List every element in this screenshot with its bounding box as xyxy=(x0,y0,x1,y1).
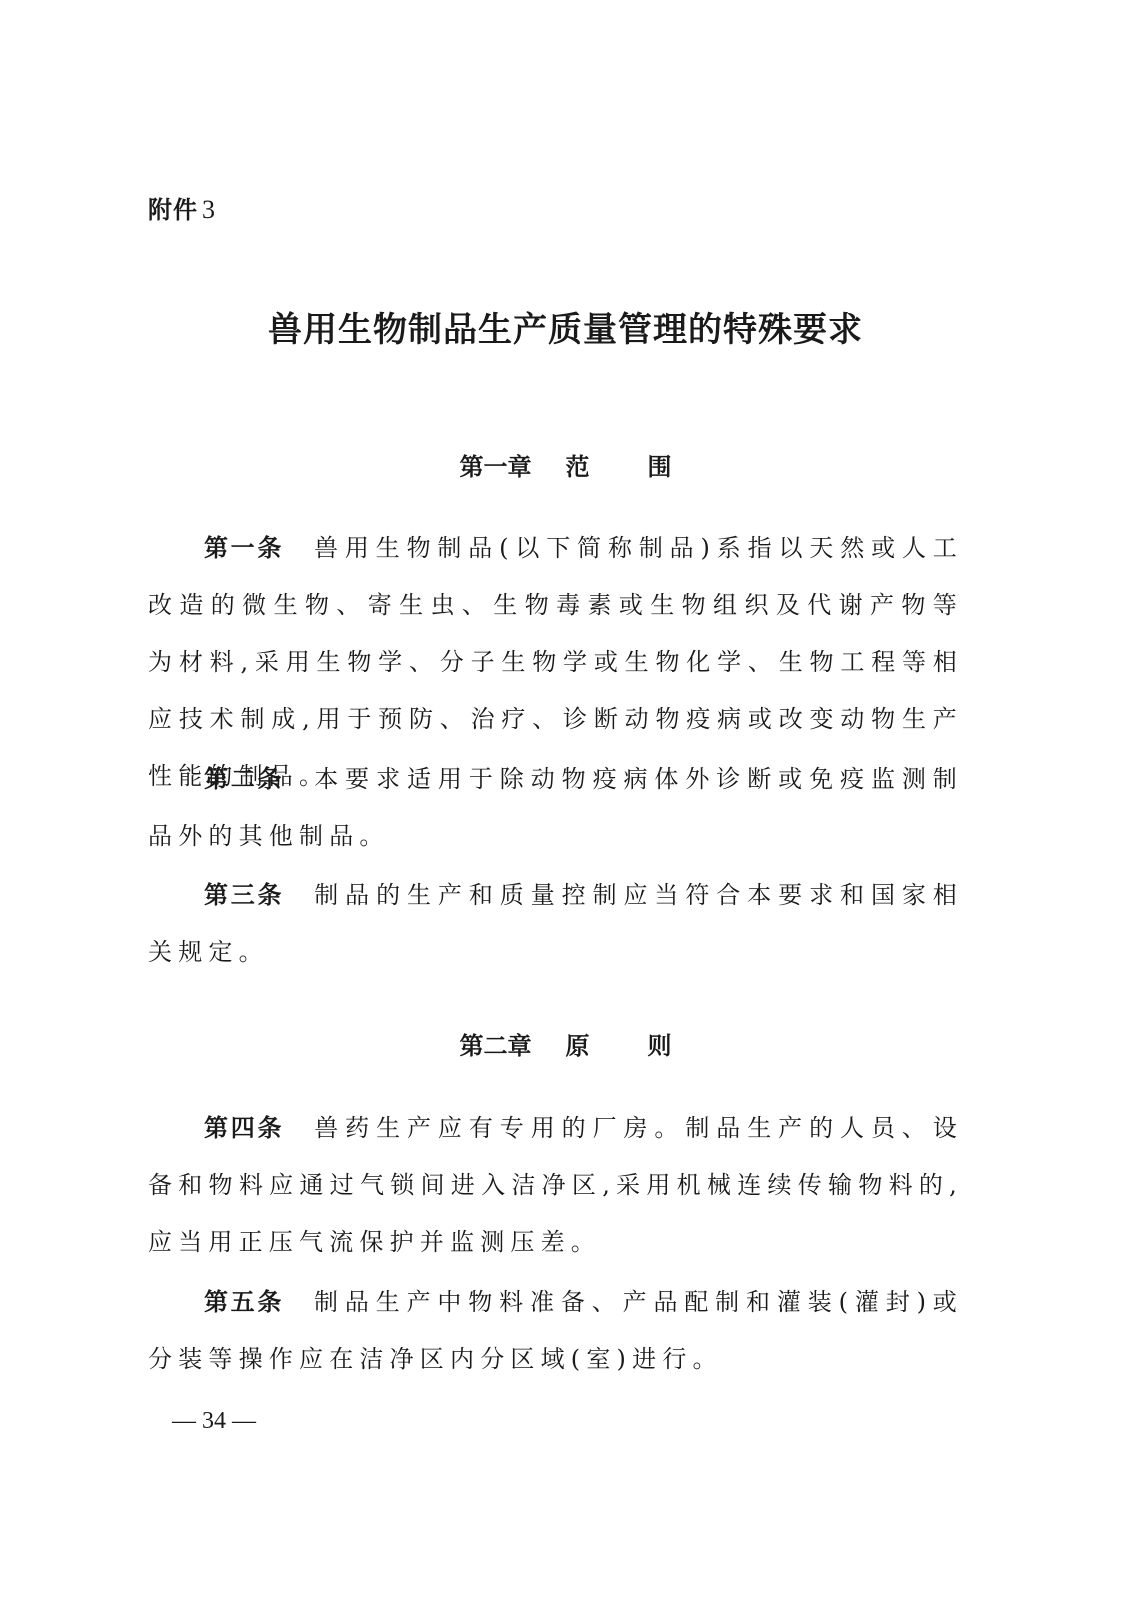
chapter-name-b: 则 xyxy=(648,1032,672,1060)
chapter-heading-2: 第二章原则 xyxy=(0,1026,1131,1061)
chapter-name-a: 原 xyxy=(566,1032,590,1060)
article-3: 第三条制品的生产和质量控制应当符合本要求和国家相关规定。 xyxy=(148,867,963,981)
chapter-name-a: 范 xyxy=(566,453,590,481)
document-title: 兽用生物制品生产质量管理的特殊要求 xyxy=(0,302,1131,351)
chapter-number: 第一章 xyxy=(460,453,532,481)
page-number: — 34 — xyxy=(172,1408,256,1435)
article-lead: 第四条 xyxy=(204,1114,284,1142)
article-lead: 第五条 xyxy=(204,1288,284,1316)
article-5: 第五条制品生产中物料准备、产品配制和灌装(灌封)或分装等操作应在洁净区内分区域(… xyxy=(148,1274,963,1388)
chapter-heading-1: 第一章范围 xyxy=(0,447,1131,482)
attachment-text: 附件 xyxy=(148,196,198,224)
chapter-name-b: 围 xyxy=(648,453,672,481)
article-lead: 第一条 xyxy=(204,534,284,562)
attachment-number: 3 xyxy=(202,195,216,224)
attachment-label: 附件3 xyxy=(148,190,216,225)
article-4: 第四条兽药生产应有专用的厂房。制品生产的人员、设备和物料应通过气锁间进入洁净区,… xyxy=(148,1100,963,1271)
chapter-number: 第二章 xyxy=(460,1032,532,1060)
article-lead: 第二条 xyxy=(204,765,284,793)
article-lead: 第三条 xyxy=(204,881,284,909)
article-2: 第二条本要求适用于除动物疫病体外诊断或免疫监测制品外的其他制品。 xyxy=(148,751,963,865)
